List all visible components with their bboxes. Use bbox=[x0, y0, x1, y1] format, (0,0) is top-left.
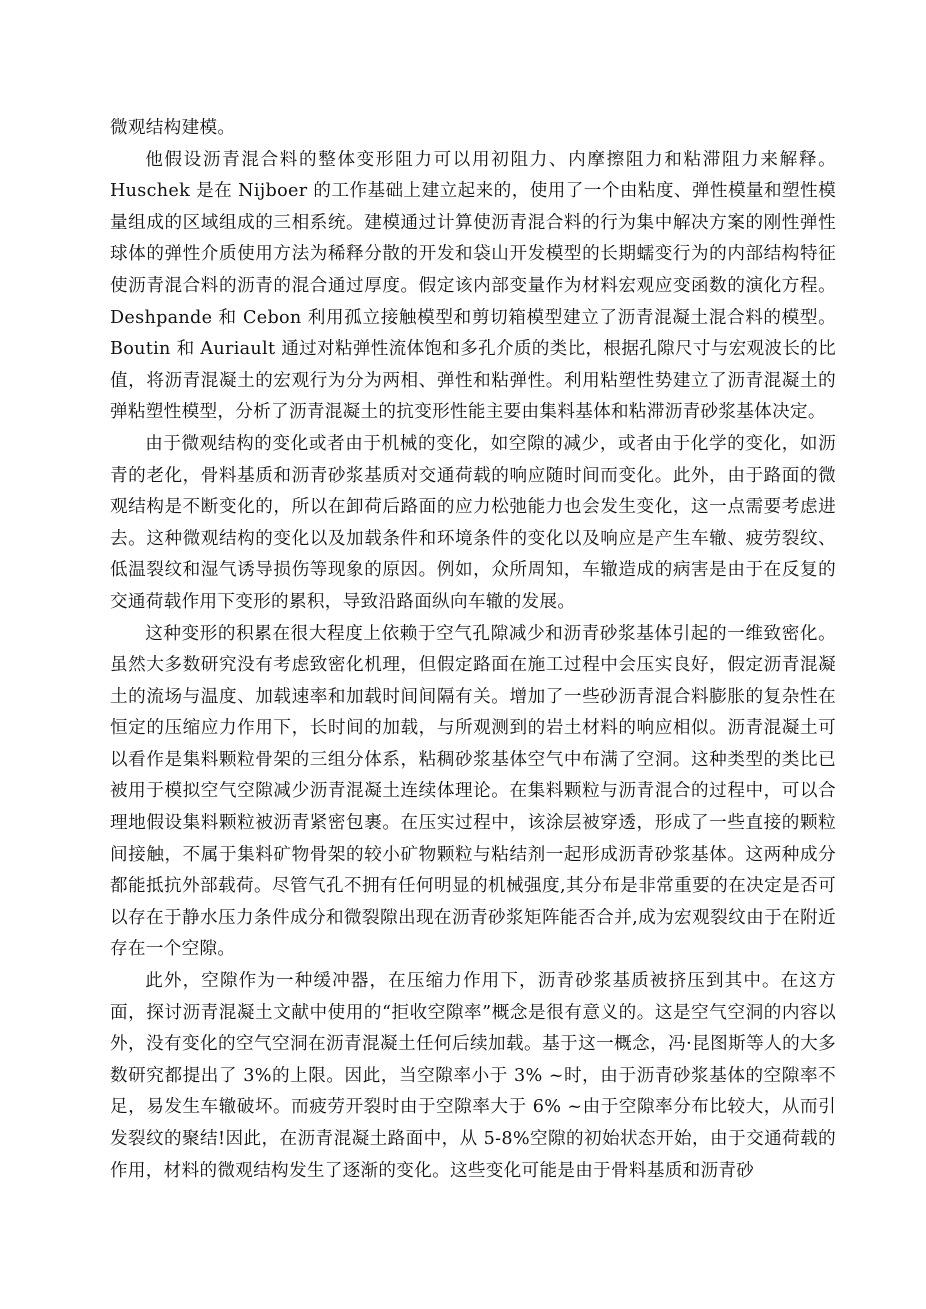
paragraph-densification: 这种变形的积累在很大程度上依赖于空气孔隙减少和沥青砂浆基体引起的一维致密化。虽然… bbox=[110, 619, 836, 967]
paragraph-continuation: 微观结构建模。 bbox=[110, 113, 836, 145]
paragraph-void-buffer: 此外，空隙作为一种缓冲器，在压缩力作用下，沥青砂浆基质被挤压到其中。在这方面，探… bbox=[110, 966, 836, 1187]
paragraph-microstructure-changes: 由于微观结构的变化或者由于机械的变化，如空隙的减少，或者由于化学的变化，如沥青的… bbox=[110, 429, 836, 619]
document-page: 微观结构建模。 他假设沥青混合料的整体变形阻力可以用初阻力、内摩擦阻力和粘滞阻力… bbox=[110, 113, 836, 1187]
paragraph-deformation-resistance-models: 他假设沥青混合料的整体变形阻力可以用初阻力、内摩擦阻力和粘滞阻力来解释。Husc… bbox=[110, 145, 836, 429]
